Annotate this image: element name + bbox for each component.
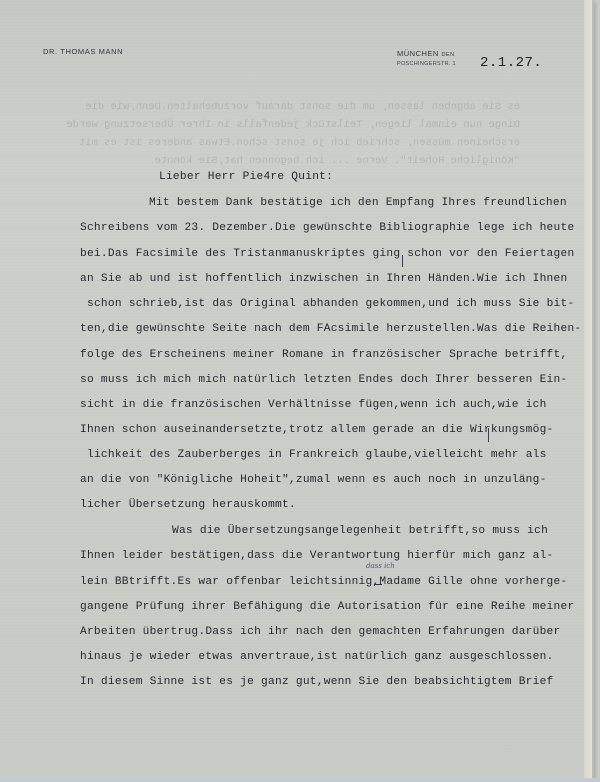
letter-line: Was die Übersetzungsangelegenheit betrif… — [172, 525, 548, 537]
bleed-line: Dinge nun einmal liegen, Teilstück jeden… — [40, 116, 520, 134]
letter-line: sicht in die französischen Verhältnisse … — [80, 399, 547, 411]
letter-line: gangene Prüfung ihrer Befähigung die Aut… — [80, 601, 574, 613]
letter-page: DR. THOMAS MANN MÜNCHEN DEN POSCHINGERST… — [0, 0, 592, 778]
handwritten-insertion: dass ich — [366, 562, 395, 570]
letter-date: 2.1.27. — [480, 55, 542, 71]
paper-edge — [584, 0, 592, 782]
letter-line: Mit bestem Dank bestätige ich den Empfan… — [149, 197, 567, 209]
letter-line: Ihnen leider bestätigen,dass die Verantw… — [80, 550, 554, 562]
letter-line: licher Übersetzung herauskommt. — [80, 499, 296, 511]
letter-line: schon schrieb,ist das Original abhanden … — [87, 298, 574, 310]
letterhead-sender: DR. THOMAS MANN — [43, 47, 123, 56]
letter-line: In diesem Sinne ist es je ganz gut,wenn … — [80, 676, 554, 688]
letter-line: hinaus je wieder etwas anvertraue,ist na… — [80, 651, 554, 663]
letter-line: Schreibens vom 23. Dezember.Die gewünsch… — [80, 222, 574, 234]
letter-line: folge des Erscheinens meiner Romane in f… — [80, 349, 567, 361]
pen-correction-mark — [488, 428, 489, 442]
city-name: MÜNCHEN — [397, 49, 439, 58]
letter-line: ten,die gewünschte Seite nach dem FAcsim… — [80, 323, 581, 335]
pen-correction-mark — [402, 255, 403, 267]
background-edge — [0, 778, 600, 782]
letterhead-street: POSCHINGERSTR. 1 — [397, 61, 456, 67]
salutation: Lieber Herr Pie4re Quint: — [159, 171, 333, 183]
letter-line: so muss ich mich mich natürlich letzten … — [80, 374, 567, 386]
letter-line: lichkeit des Zauberberges in Frankreich … — [87, 449, 547, 461]
insertion-caret — [374, 584, 382, 585]
letter-line: Ihnen schon auseinandersetzte,trotz alle… — [80, 424, 554, 436]
city-suffix: DEN — [441, 52, 454, 58]
letter-line: Arbeiten übertrug.Dass ich ihr nach den … — [80, 626, 561, 638]
letter-line: lein BBtrifft.Es war offenbar leichtsinn… — [80, 576, 567, 588]
bleed-line: erscheinen müssen, schrieb ich je sonst … — [40, 134, 520, 152]
letter-line: an die von "Königliche Hoheit",zumal wen… — [80, 474, 547, 486]
letter-line: bei.Das Facsimile des Tristanmanuskripte… — [80, 248, 574, 260]
bleed-through-text: es Sie abgeben lassen, um die sonst dara… — [40, 98, 520, 170]
letterhead-city: MÜNCHEN DEN — [397, 49, 455, 58]
bleed-line: "Königliche Hoheit". Verne ... ich begon… — [40, 152, 520, 170]
bleed-line: es Sie abgeben lassen, um die sonst dara… — [40, 98, 520, 116]
letter-line: an Sie ab und ist hoffentlich inzwischen… — [80, 273, 567, 285]
